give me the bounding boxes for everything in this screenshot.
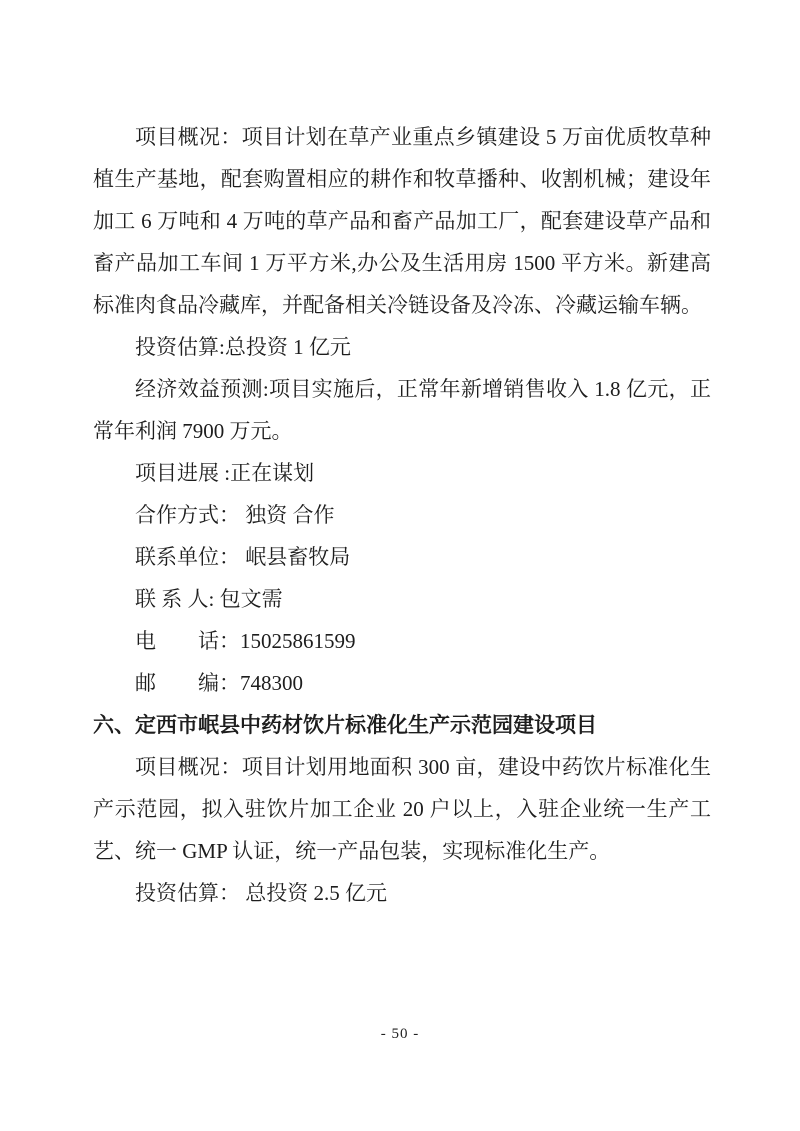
sec5-postcode-line: 邮 编：748300 <box>93 662 711 704</box>
sec5-cooperation-line: 合作方式： 独资 合作 <box>93 494 711 536</box>
sec5-economic-paragraph: 经济效益预测:项目实施后，正常年新增销售收入 1.8 亿元，正常年利润 7900… <box>93 368 711 452</box>
sec5-progress-line: 项目进展 :正在谋划 <box>93 452 711 494</box>
sec5-phone-line: 电 话：15025861599 <box>93 620 711 662</box>
page-number: - 50 - <box>0 1024 800 1044</box>
sec5-investment-line: 投资估算:总投资 1 亿元 <box>93 326 711 368</box>
sec6-overview-paragraph: 项目概况：项目计划用地面积 300 亩，建设中药饮片标准化生产示范园，拟入驻饮片… <box>93 746 711 872</box>
page-content: 项目概况：项目计划在草产业重点乡镇建设 5 万亩优质牧草种植生产基地，配套购置相… <box>93 116 711 914</box>
sec6-heading: 六、定西市岷县中药材饮片标准化生产示范园建设项目 <box>93 704 711 746</box>
sec6-investment-line: 投资估算： 总投资 2.5 亿元 <box>93 872 711 914</box>
sec5-contact-unit-line: 联系单位： 岷县畜牧局 <box>93 536 711 578</box>
sec5-contact-person-line: 联 系 人: 包文需 <box>93 578 711 620</box>
sec5-overview-paragraph: 项目概况：项目计划在草产业重点乡镇建设 5 万亩优质牧草种植生产基地，配套购置相… <box>93 116 711 326</box>
document-page: 项目概况：项目计划在草产业重点乡镇建设 5 万亩优质牧草种植生产基地，配套购置相… <box>0 0 800 1131</box>
